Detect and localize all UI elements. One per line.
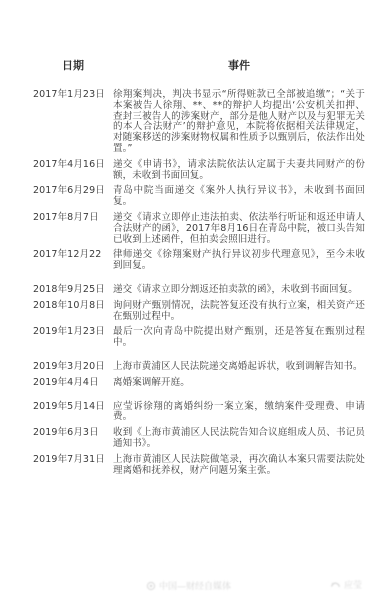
row-event: 递交《申请书》，请求法院依法认定属于夫妻共同财产的份额，未收到书面回复。 [113, 160, 365, 182]
column-header-event: 事件 [113, 57, 365, 73]
table-row: 2019年5月14日 应莹诉徐翔的离婚纠纷一案立案，缴纳案件受理费、申请费。 [33, 402, 365, 424]
table-row: 2017年6月29日 青岛中院当面递交《案外人执行异议书》，未收到书面回复。 [33, 186, 365, 208]
watermark-left: 中国—财经自媒体 [146, 579, 231, 592]
weibo-eye-icon [146, 581, 156, 591]
row-date: 2018年9月25日 [33, 285, 113, 296]
hand-gesture-icon [330, 580, 341, 590]
column-header-date: 日期 [33, 57, 113, 73]
row-date: 2017年6月29日 [33, 186, 113, 208]
row-event: 递交《请求立即停止违法拍卖、依法举行听证和返还申请人合法财产的函》，2017年8… [113, 213, 365, 245]
timeline-rows: 2017年1月23日 徐翔案判决，判决书显示“所得赃款已全部被追缴”；“关于本案… [33, 90, 365, 476]
row-event: 收到《上海市黄浦区人民法院告知合议庭组成人员、书记员通知书》。 [113, 428, 365, 450]
row-event: 离婚案调解开庭。 [113, 378, 365, 389]
row-date: 2019年7月31日 [33, 455, 113, 477]
table-row: 2017年1月23日 徐翔案判决，判决书显示“所得赃款已全部被追缴”；“关于本案… [33, 90, 365, 155]
row-date: 2019年5月14日 [33, 402, 113, 424]
table-row: 2019年1月23日 最后一次向青岛中院提出财产甄别，还是答复在甄别过程中。 [33, 327, 365, 349]
row-event: 徐翔案判决，判决书显示“所得赃款已全部被追缴”；“关于本案被告人徐翔、**、**… [113, 90, 365, 155]
table-row: 2017年8月7日 递交《请求立即停止违法拍卖、依法举行听证和返还申请人合法财产… [33, 213, 365, 245]
table-row: 2018年9月25日 递交《请求立即分割返还拍卖款的函》，未收到书面回复。 [33, 285, 365, 296]
row-date: 2019年6月3日 [33, 428, 113, 450]
document-page: 日期 事件 2017年1月23日 徐翔案判决，判决书显示“所得赃款已全部被追缴”… [0, 0, 374, 600]
row-event: 上海市黄浦区人民法院做笔录，再次确认本案只需要法院处理离婚和抚养权，财产问题另案… [113, 455, 365, 477]
row-event: 上海市黄浦区人民法院递交离婚起诉状，收到调解告知书。 [113, 362, 365, 373]
row-date: 2018年10月8日 [33, 301, 113, 323]
row-event: 询问财产甄别情况，法院答复还没有执行立案，相关资产还在甄别过程中。 [113, 301, 365, 323]
table-row: 2017年12月22 律师递交《徐翔案财产执行异议初步代理意见》，至今未收到回复… [33, 250, 365, 272]
row-date: 2017年8月7日 [33, 213, 113, 245]
row-event: 最后一次向青岛中院提出财产甄别，还是答复在甄别过程中。 [113, 327, 365, 349]
row-date: 2019年4月4日 [33, 378, 113, 389]
watermark-left-text: 中国—财经自媒体 [159, 579, 231, 592]
row-event: 青岛中院当面递交《案外人执行异议书》，未收到书面回复。 [113, 186, 365, 208]
row-event: 应莹诉徐翔的离婚纠纷一案立案，缴纳案件受理费、申请费。 [113, 402, 365, 424]
row-date: 2017年12月22 [33, 250, 113, 272]
row-event: 递交《请求立即分割返还拍卖款的函》，未收到书面回复。 [113, 285, 365, 296]
row-event: 律师递交《徐翔案财产执行异议初步代理意见》，至今未收到回复。 [113, 250, 365, 272]
table-row: 2019年4月4日 离婚案调解开庭。 [33, 378, 365, 389]
row-date: 2019年3月20日 [33, 362, 113, 373]
timeline-document: 日期 事件 2017年1月23日 徐翔案判决，判决书显示“所得赃款已全部被追缴”… [0, 0, 374, 481]
row-date: 2019年1月23日 [33, 327, 113, 349]
row-date: 2017年4月16日 [33, 160, 113, 182]
table-row: 2019年3月20日 上海市黄浦区人民法院递交离婚起诉状，收到调解告知书。 [33, 362, 365, 373]
table-header: 日期 事件 [33, 57, 365, 73]
table-row: 2019年7月31日 上海市黄浦区人民法院做笔录，再次确认本案只需要法院处理离婚… [33, 455, 365, 477]
row-date: 2017年1月23日 [33, 90, 113, 155]
table-row: 2018年10月8日 询问财产甄别情况，法院答复还没有执行立案，相关资产还在甄别… [33, 301, 365, 323]
watermark-right: 应莹 [330, 578, 362, 591]
watermark-right-text: 应莹 [344, 578, 362, 591]
table-row: 2017年4月16日 递交《申请书》，请求法院依法认定属于夫妻共同财产的份额，未… [33, 160, 365, 182]
table-row: 2019年6月3日 收到《上海市黄浦区人民法院告知合议庭组成人员、书记员通知书》… [33, 428, 365, 450]
